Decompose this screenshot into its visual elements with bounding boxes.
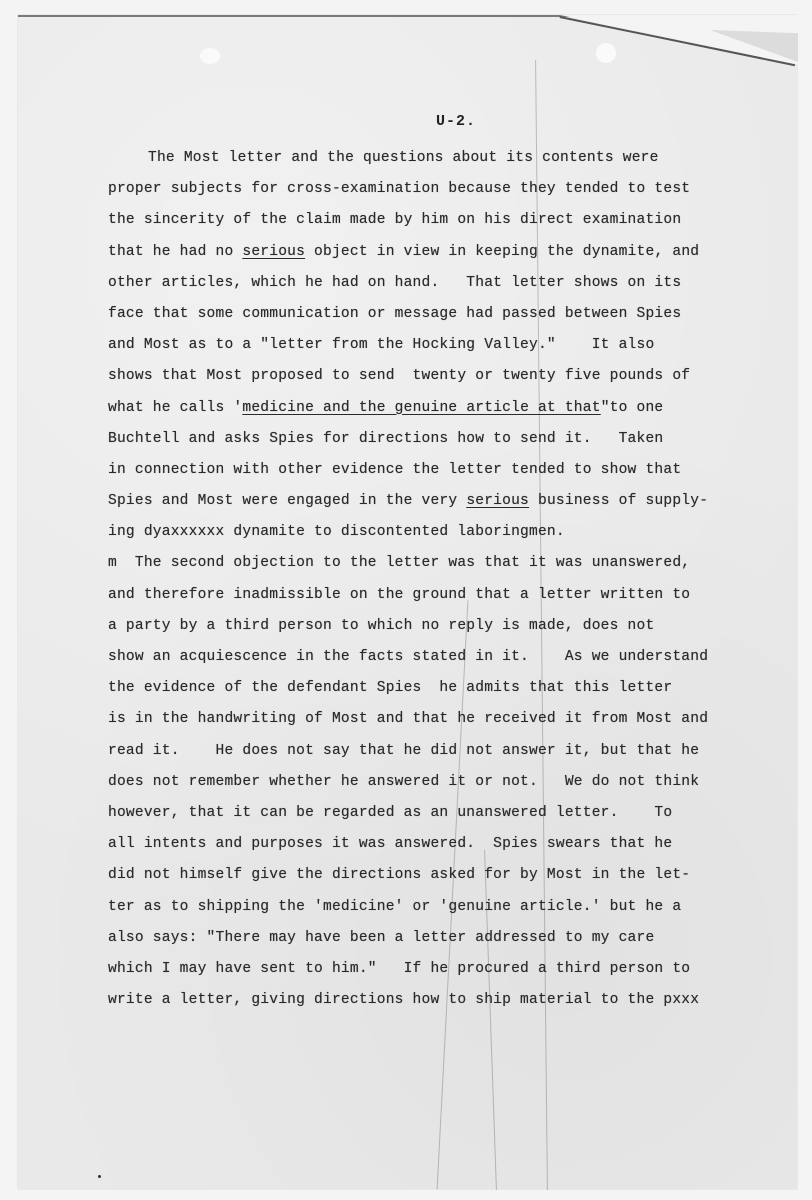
text-line: a party by a third person to which no re… xyxy=(108,611,798,642)
text-line: ing dyaxxxxxx dynamite to discontented l… xyxy=(108,517,798,548)
text-segment: business of supply- xyxy=(529,493,708,509)
text-line: did not himself give the directions aske… xyxy=(108,860,798,891)
text-segment: Spies and Most were engaged in the very xyxy=(108,493,466,509)
text-segment: object in view in keeping the dynamite, … xyxy=(305,244,699,260)
punch-hole-left xyxy=(200,48,220,64)
text-line: the sincerity of the claim made by him o… xyxy=(108,205,798,236)
punch-hole-right xyxy=(596,43,616,63)
text-line: in connection with other evidence the le… xyxy=(108,455,798,486)
text-line: the evidence of the defendant Spies he a… xyxy=(108,673,798,704)
underlined-text: serious xyxy=(242,244,305,260)
text-line: ter as to shipping the 'medicine' or 'ge… xyxy=(108,892,798,923)
text-line: face that some communication or message … xyxy=(108,299,798,330)
text-line: shows that Most proposed to send twenty … xyxy=(108,361,798,392)
text-line: and Most as to a "letter from the Hockin… xyxy=(108,330,798,361)
text-line: and therefore inadmissible on the ground… xyxy=(108,580,798,611)
text-line: proper subjects for cross-examination be… xyxy=(108,174,798,205)
text-line: that he had no serious object in view in… xyxy=(108,237,798,268)
page-number-label: U-2. xyxy=(436,113,476,130)
text-segment: that he had no xyxy=(108,244,242,260)
underlined-text: serious xyxy=(466,493,529,509)
text-line: read it. He does not say that he did not… xyxy=(108,736,798,767)
text-line: write a letter, giving directions how to… xyxy=(108,985,798,1016)
text-segment: "to one xyxy=(601,400,664,416)
text-line: which I may have sent to him." If he pro… xyxy=(108,954,798,985)
text-line: all intents and purposes it was answered… xyxy=(108,829,798,860)
text-line: other articles, which he had on hand. Th… xyxy=(108,268,798,299)
text-segment: what he calls ' xyxy=(108,400,242,416)
text-line: also says: "There may have been a letter… xyxy=(108,923,798,954)
text-line: The Most letter and the questions about … xyxy=(108,143,798,174)
text-line: Spies and Most were engaged in the very … xyxy=(108,486,798,517)
text-line: m The second objection to the letter was… xyxy=(108,548,798,579)
text-line: does not remember whether he answered it… xyxy=(108,767,798,798)
text-line: however, that it can be regarded as an u… xyxy=(108,798,798,829)
text-line: Buchtell and asks Spies for directions h… xyxy=(108,424,798,455)
text-line: is in the handwriting of Most and that h… xyxy=(108,704,798,735)
text-line: what he calls 'medicine and the genuine … xyxy=(108,393,798,424)
text-line: show an acquiescence in the facts stated… xyxy=(108,642,798,673)
underlined-text: medicine and the genuine article at that xyxy=(242,400,600,416)
ink-mark xyxy=(98,1175,101,1178)
document-body: The Most letter and the questions about … xyxy=(108,143,798,1016)
